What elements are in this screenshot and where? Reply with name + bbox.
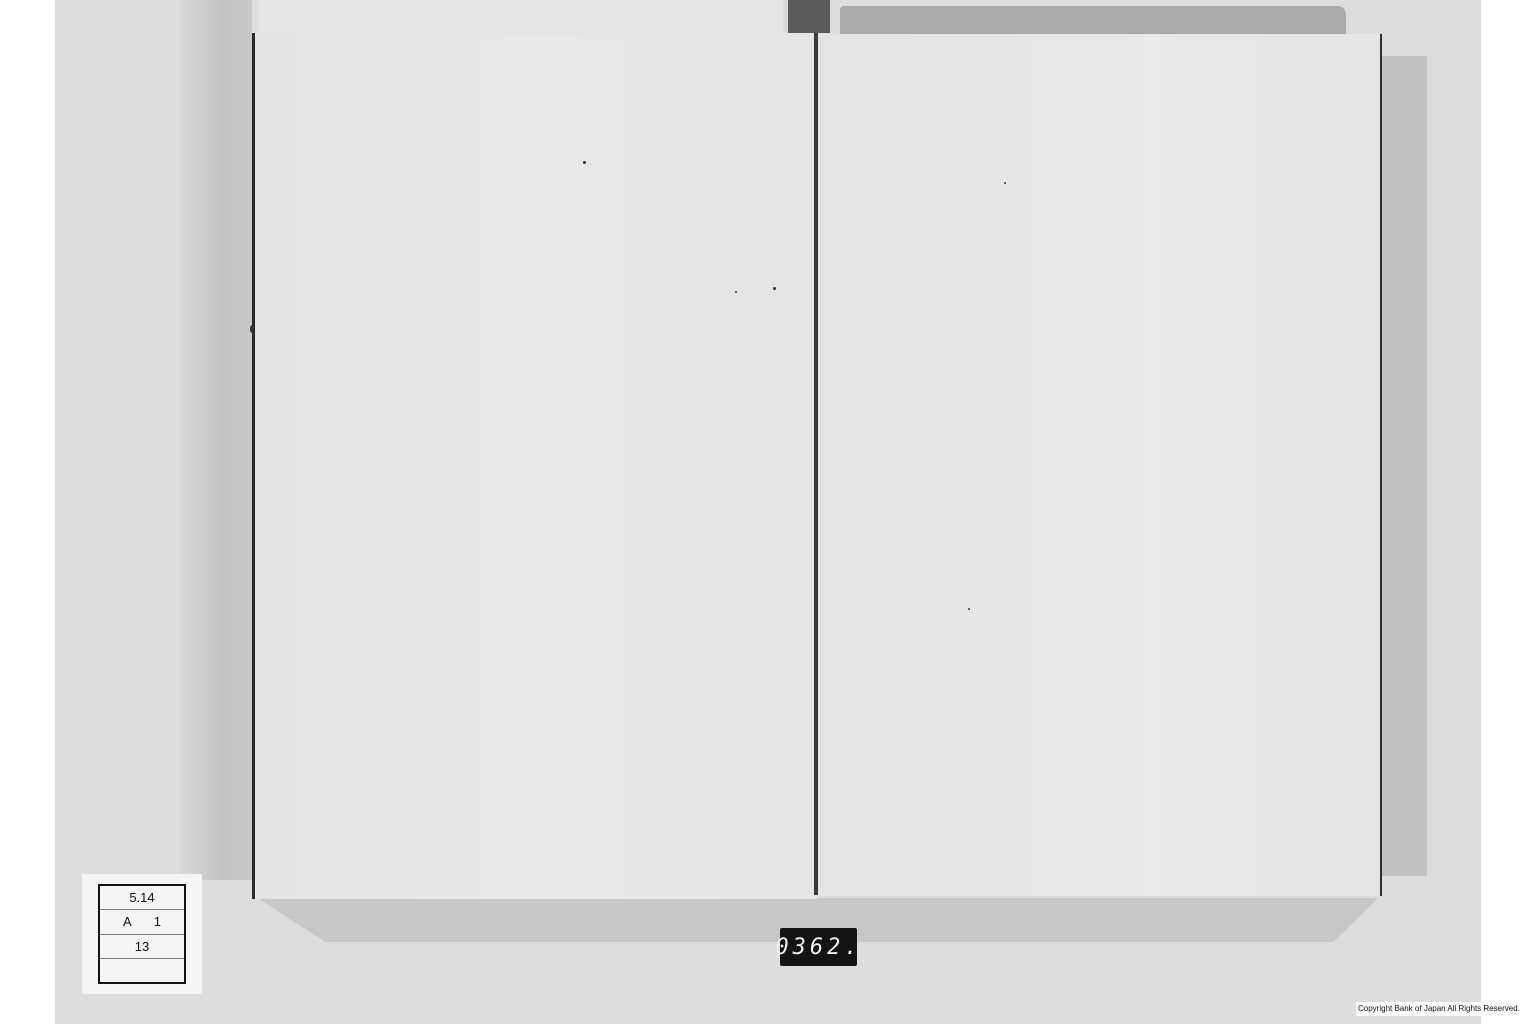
right-page <box>818 34 1382 896</box>
paper-speck <box>583 161 586 164</box>
left-page <box>252 33 817 899</box>
copyright-notice: Copyright Bank of Japan All Rights Reser… <box>1356 1002 1522 1016</box>
label-row-series: A1 <box>100 910 184 934</box>
clip-shadow <box>788 0 830 33</box>
label-row-blank <box>100 959 184 982</box>
book-shadow-right <box>1382 56 1427 876</box>
frame-number: 0362. <box>780 928 857 966</box>
paper-speck <box>968 608 970 610</box>
archive-label-card: 5.14 A1 13 <box>82 874 202 994</box>
underlying-sheet <box>258 0 783 33</box>
label-row-number: 13 <box>100 935 184 959</box>
label-table: 5.14 A1 13 <box>98 884 186 984</box>
paper-speck <box>735 291 737 293</box>
book-shadow-left <box>180 0 252 880</box>
paper-speck <box>1004 182 1006 184</box>
label-row-date: 5.14 <box>100 886 184 910</box>
binding-mark <box>250 325 254 333</box>
paper-speck <box>773 287 776 290</box>
book-shadow-top <box>840 6 1346 34</box>
